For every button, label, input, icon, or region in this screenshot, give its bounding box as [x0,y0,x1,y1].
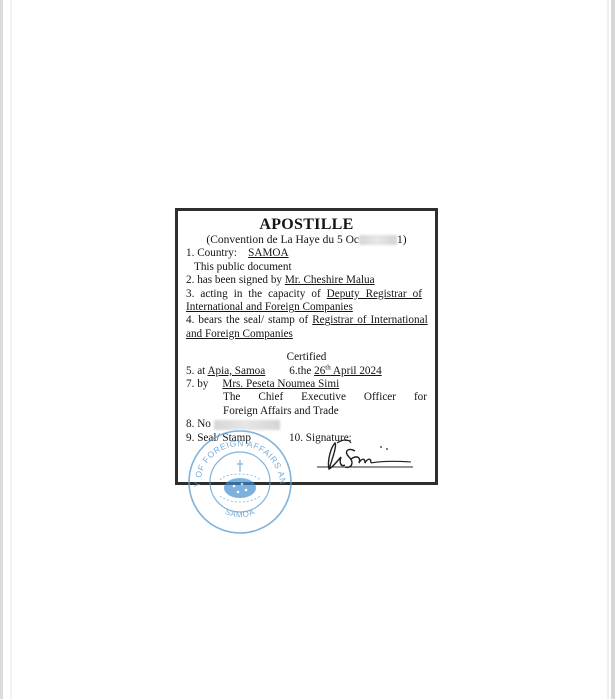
public-document-line: This public document [186,261,427,274]
officer-name: Mrs. Peseta Noumea Simi [222,378,339,390]
page-edge-left [0,0,3,699]
item-country: 1. Country: SAMOA [186,247,427,260]
date-value: 26th April 2024 [314,365,382,377]
item-seal-of-cont: and Foreign Companies [186,328,427,341]
svg-text:SAMOA: SAMOA [224,507,257,519]
signature-scribble [315,437,415,477]
officer-role-cont: Foreign Affairs and Trade [186,405,427,418]
page-edge-right-inner [607,0,609,699]
certified-heading: Certified [186,351,427,364]
page-edge-right [611,0,615,699]
country-value: SAMOA [248,247,288,259]
item-capacity: 3. acting in the capacity of Deputy Regi… [186,288,427,301]
ministry-seal-stamp: MINISTRY OF FOREIGN AFFAIRS AND TRADE SA… [186,428,294,536]
item-capacity-cont: International and Foreign Companies [186,301,427,314]
page-edge-left-inner [10,0,12,699]
place-value: Apia, Samoa [207,365,265,377]
apostille-title: APOSTILLE [186,216,427,234]
item-signed-by: 2. has been signed by Mr. Cheshire Malua [186,274,427,287]
officer-role: The Chief Executive Officer for [186,391,427,404]
redacted-text [359,235,397,245]
item-place-date: 5. at Apia, Samoa6.the 26th April 2024 [186,365,427,378]
item-seal-of: 4. bears the seal/ stamp of Registrar of… [186,314,427,327]
signer-name: Mr. Cheshire Malua [285,274,375,286]
convention-line: (Convention de La Haye du 5 Oc1) [186,234,427,247]
item-by: 7. byMrs. Peseta Noumea Simi [186,378,427,391]
